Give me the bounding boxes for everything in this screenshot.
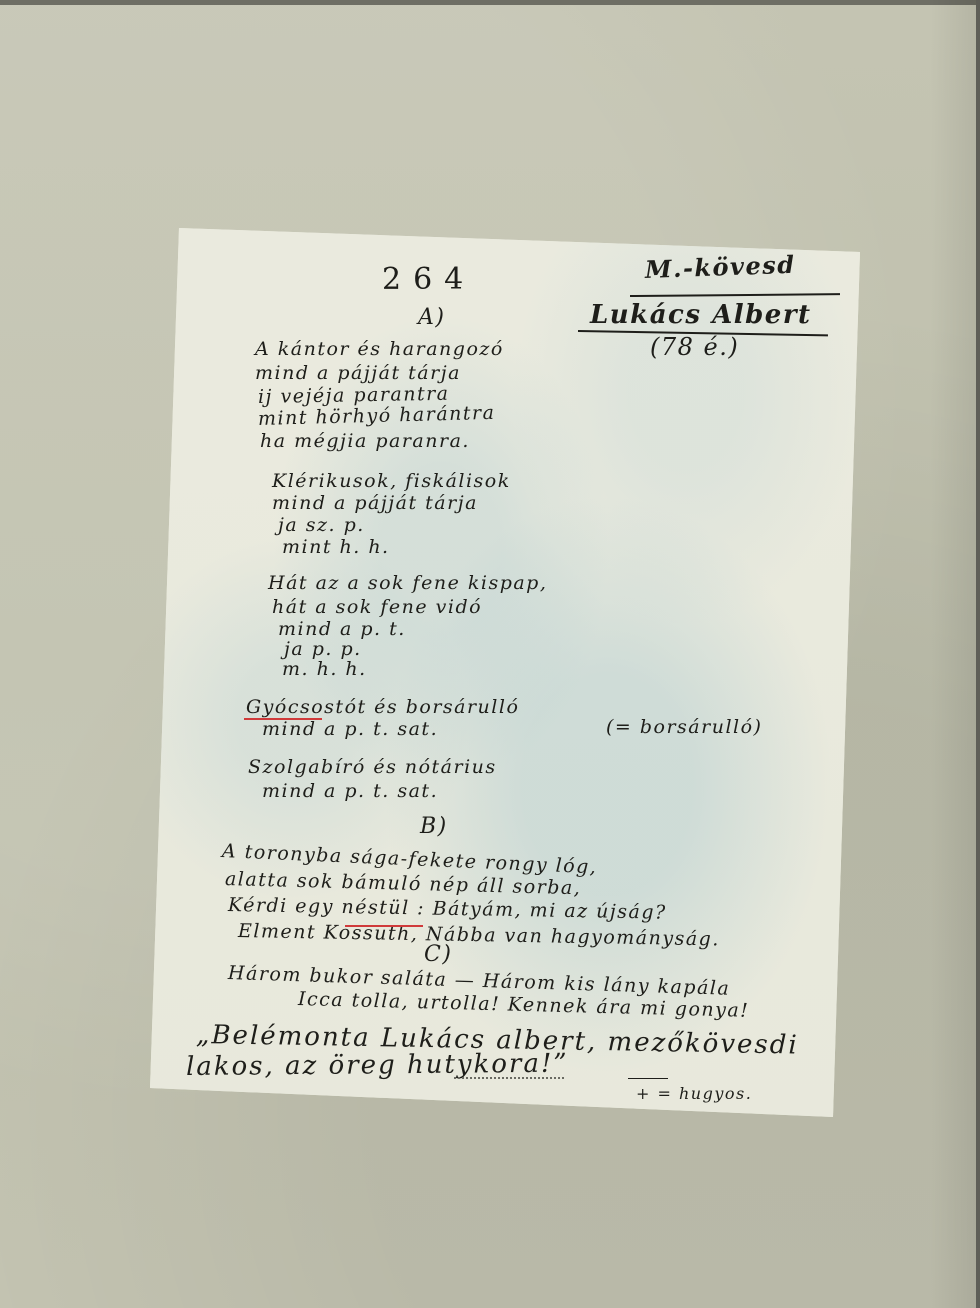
footnote: + = hugyos. bbox=[636, 1084, 752, 1103]
gloss-note: (= borsárulló) bbox=[606, 716, 762, 738]
verse-line: mind a pájját tárja bbox=[272, 492, 478, 514]
verse-line: mind a pájját tárja bbox=[255, 362, 461, 384]
wavy-underline-hutykora bbox=[454, 1074, 564, 1079]
place-name: M.-kövesd bbox=[644, 250, 795, 284]
verse-line: mind a p. t. bbox=[278, 618, 406, 640]
verse-line: Hát az a sok fene kispap, bbox=[268, 572, 547, 594]
item-number: 264 bbox=[382, 262, 475, 297]
red-underline-kossuth bbox=[345, 925, 423, 927]
verse-line: ja p. p. bbox=[284, 638, 362, 660]
verse-line: Gyócsostót és borsárulló bbox=[246, 696, 519, 718]
manuscript-sheet bbox=[0, 0, 980, 1308]
footnote-rule bbox=[628, 1078, 668, 1079]
verse-line: ha mégjia paranra. bbox=[260, 430, 470, 452]
verse-line: Szolgabíró és nótárius bbox=[248, 756, 497, 778]
scan-edge-right bbox=[976, 0, 980, 1308]
verse-line: Klérikusok, fiskálisok bbox=[272, 470, 511, 492]
verse-line: mind a p. t. sat. bbox=[262, 780, 438, 802]
informant-name: Lukács Albert bbox=[590, 300, 812, 330]
verse-line: mind a p. t. sat. bbox=[262, 718, 438, 740]
section-c-label: C) bbox=[424, 942, 452, 967]
mount-shadow bbox=[930, 0, 976, 1308]
verse-line: ja sz. p. bbox=[278, 514, 365, 536]
section-a-label: A) bbox=[418, 305, 445, 330]
verse-line: m. h. h. bbox=[282, 658, 367, 680]
verse-line: A kántor és harangozó bbox=[255, 338, 504, 360]
informant-age: (78 é.) bbox=[650, 333, 739, 361]
scan-edge-top bbox=[0, 0, 980, 5]
verse-line: mint h. h. bbox=[282, 536, 390, 558]
section-b-label: B) bbox=[420, 814, 448, 839]
verse-line: hát a sok fene vidó bbox=[272, 596, 482, 618]
